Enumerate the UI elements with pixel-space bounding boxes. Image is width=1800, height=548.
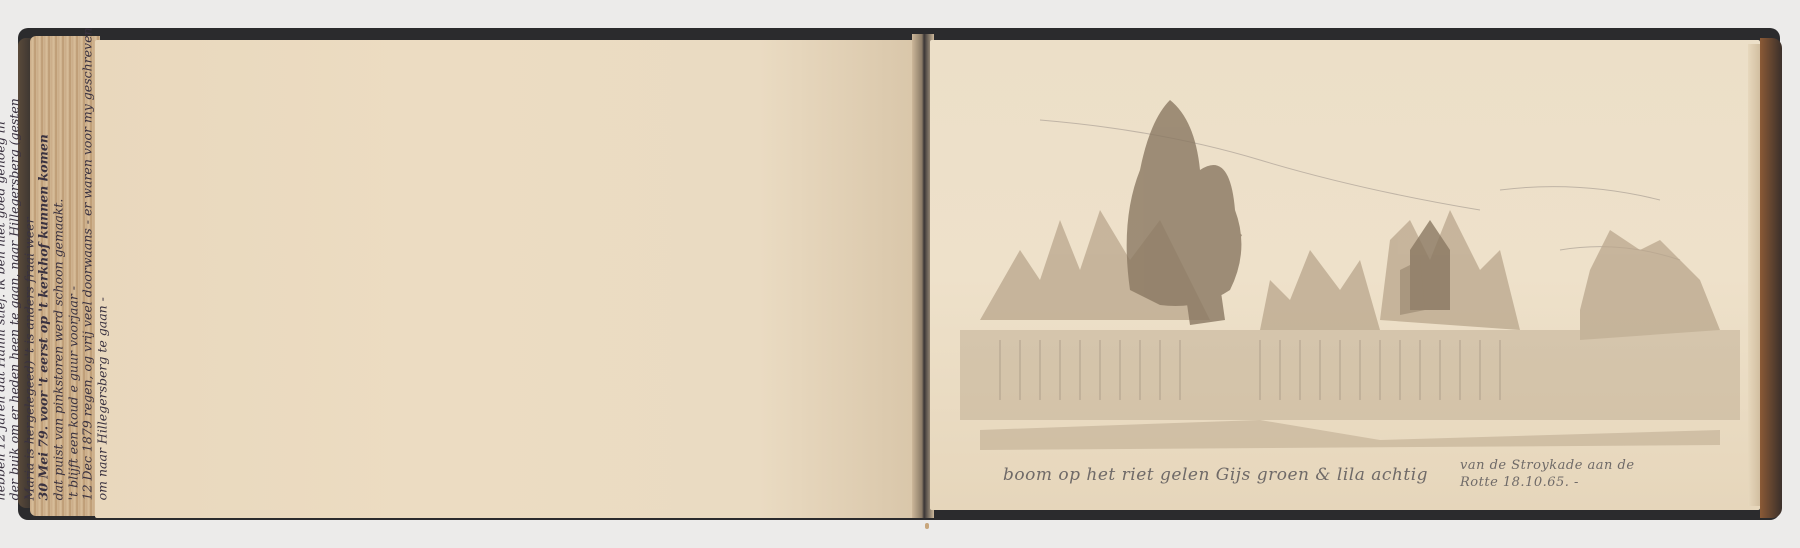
handwritten-line: om naar Hillegersberg te gaan - (95, 60, 110, 500)
paper-fragment (925, 523, 929, 529)
handwritten-line: 12 Dec 1879 regen, og vrij veel doorwaan… (81, 60, 96, 500)
landscape-sketch (960, 100, 1740, 480)
handwritten-notes: 12 Dec 1878. vy hebben luchtf/vuit maar … (110, 60, 280, 500)
caption-date: Rotte 18.10.65. - (1460, 474, 1635, 491)
handwritten-line: 't blijft een koud e guur voorjaar - (66, 60, 81, 500)
handwritten-line: Maria is hergelegeed) 't is anders fraai… (22, 60, 37, 500)
handwritten-lines: 12 Dec 1878. vy hebben luchtf/vuit maar … (0, 60, 110, 500)
handwritten-line: dat puist van pinkstoren werd schoon gem… (52, 60, 67, 500)
sketch-location-date: van de Stroykade aan de Rotte 18.10.65. … (1460, 457, 1635, 491)
handwritten-line: 30 Mei 79. voor 't eerst op 't kerkhof k… (37, 60, 52, 500)
sketch-caption: boom op het riet gelen Gijs groen & lila… (1003, 465, 1428, 485)
cover-corner (1760, 38, 1782, 518)
handwritten-line: der buik om er heden heen te gaan, naar … (8, 60, 23, 500)
caption-location: van de Stroykade aan de (1460, 457, 1635, 474)
